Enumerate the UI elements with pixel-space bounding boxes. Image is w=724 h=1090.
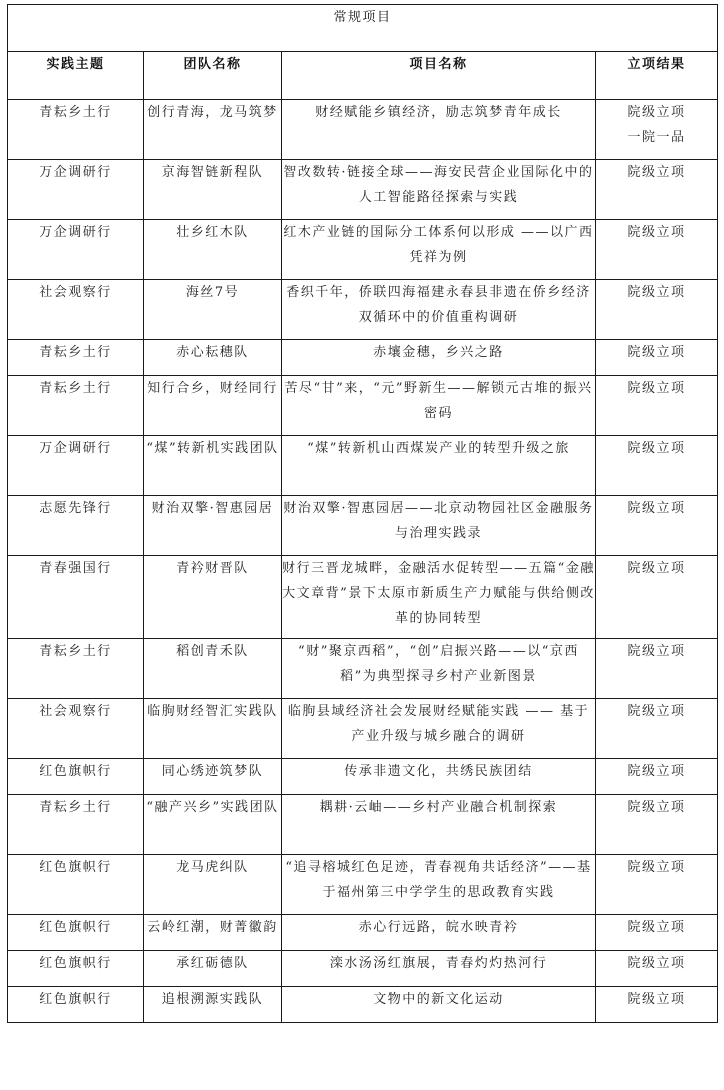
table-row: 青春强国行青衿财晋队财行三晋龙城畔，金融活水促转型——五篇“金融大文章背”景下太… <box>8 556 718 639</box>
project-cell-text: 赤壤金穗，乡兴之路 <box>373 345 504 360</box>
result-cell-text: 院级立项 <box>628 225 686 240</box>
team-cell: “煤”转新机实践团队 <box>144 436 282 496</box>
table-row: 青耘乡土行稻创青禾队“财”聚京西稻”，“创”启振兴路——以“京西稻”为典型探寻乡… <box>8 639 718 699</box>
team-cell-text: 青衿财晋队 <box>176 561 249 576</box>
team-cell: 云岭红潮，财菁徽韵 <box>144 915 282 951</box>
theme-cell-text: 青耘乡土行 <box>39 800 112 815</box>
result-cell-text: 院级立项 <box>628 285 686 300</box>
result-cell: 院级立项 <box>596 280 718 340</box>
team-cell: 财治双擎·智惠园居 <box>144 496 282 556</box>
table-row: 万企调研行京海智链新程队智改数转·链接全球——海安民营企业国际化中的人工智能路径… <box>8 160 718 220</box>
result-cell: 院级立项 <box>596 436 718 496</box>
theme-cell-text: 红色旗帜行 <box>39 992 112 1007</box>
table-row: 万企调研行“煤”转新机实践团队“煤”转新机山西煤炭产业的转型升级之旅院级立项 <box>8 436 718 496</box>
result-cell: 院级立项 <box>596 699 718 759</box>
team-cell-text: 创行青海，龙马筑梦 <box>147 105 278 120</box>
result-cell: 院级立项 <box>596 915 718 951</box>
project-cell: 赤心行远路，皖水映青衿 <box>282 915 596 951</box>
table-row: 红色旗帜行承红砺德队滦水汤汤红旗展，青春灼灼热河行院级立项 <box>8 951 718 987</box>
team-cell-text: 同心绣迹筑梦队 <box>162 764 264 779</box>
team-cell: 追根溯源实践队 <box>144 987 282 1023</box>
table-row: 青耘乡土行创行青海，龙马筑梦财经赋能乡镇经济，励志筑梦青年成长院级立项一院一品 <box>8 100 718 160</box>
project-cell: 财行三晋龙城畔，金融活水促转型——五篇“金融大文章背”景下太原市新质生产力赋能与… <box>282 556 596 639</box>
project-cell: 临朐县域经济社会发展财经赋能实践 —— 基于产业升级与城乡融合的调研 <box>282 699 596 759</box>
team-cell-text: 赤心耘穗队 <box>176 345 249 360</box>
team-cell: 承红砺德队 <box>144 951 282 987</box>
team-cell-text: 知行合乡，财经同行 <box>147 381 278 396</box>
theme-cell: 青耘乡土行 <box>8 100 144 160</box>
team-cell-text: 龙马虎纠队 <box>176 860 249 875</box>
team-cell-text: 财治双擎·智惠园居 <box>152 501 274 516</box>
project-cell: “追寻榕城红色足迹，青春视角共话经济”——基于福州第三中学学生的思政教育实践 <box>282 855 596 915</box>
project-cell: 耦耕·云岫——乡村产业融合机制探索 <box>282 795 596 855</box>
team-cell-text: 壮乡红木队 <box>176 225 249 240</box>
result-cell: 院级立项 <box>596 795 718 855</box>
theme-cell-text: 志愿先锋行 <box>39 501 112 516</box>
theme-cell-text: 万企调研行 <box>39 441 112 456</box>
result-cell: 院级立项 <box>596 951 718 987</box>
project-cell-text: 传承非遗文化，共绣民族团结 <box>344 764 533 779</box>
team-cell: 创行青海，龙马筑梦 <box>144 100 282 160</box>
header-result: 立项结果 <box>596 52 718 100</box>
result-cell-text: 院级立项 <box>628 704 686 719</box>
theme-cell-text: 青耘乡土行 <box>39 644 112 659</box>
project-cell-text: “煤”转新机山西煤炭产业的转型升级之旅 <box>307 441 570 456</box>
theme-cell: 青耘乡土行 <box>8 340 144 376</box>
project-cell: 传承非遗文化，共绣民族团结 <box>282 759 596 795</box>
theme-cell: 万企调研行 <box>8 436 144 496</box>
team-cell-text: “融产兴乡”实践团队 <box>146 800 278 815</box>
theme-cell-text: 青春强国行 <box>39 561 112 576</box>
theme-cell-text: 红色旗帜行 <box>39 860 112 875</box>
result-cell-text: 院级立项 <box>628 345 686 360</box>
theme-cell-text: 万企调研行 <box>39 165 112 180</box>
team-cell: 临朐财经智汇实践队 <box>144 699 282 759</box>
table-row: 红色旗帜行云岭红潮，财菁徽韵赤心行远路，皖水映青衿院级立项 <box>8 915 718 951</box>
table-row: 红色旗帜行同心绣迹筑梦队传承非遗文化，共绣民族团结院级立项 <box>8 759 718 795</box>
table-row: 红色旗帜行龙马虎纠队“追寻榕城红色足迹，青春视角共话经济”——基于福州第三中学学… <box>8 855 718 915</box>
project-cell-text: “财”聚京西稻”，“创”启振兴路——以“京西稻”为典型探寻乡村产业新图景 <box>298 644 579 684</box>
theme-cell-text: 青耘乡土行 <box>39 105 112 120</box>
team-cell-text: 承红砺德队 <box>176 956 249 971</box>
theme-cell-text: 青耘乡土行 <box>39 345 112 360</box>
team-cell: 海丝7号 <box>144 280 282 340</box>
project-cell: 财经赋能乡镇经济，励志筑梦青年成长 <box>282 100 596 160</box>
result-cell-text: 院级立项 <box>628 105 686 120</box>
result-cell-text: 院级立项 <box>628 764 686 779</box>
result-cell: 院级立项 <box>596 556 718 639</box>
result-cell-text: 院级立项 <box>628 860 686 875</box>
project-cell: 香织千年，侨联四海福建永春县非遗在侨乡经济双循环中的价值重构调研 <box>282 280 596 340</box>
theme-cell-text: 红色旗帜行 <box>39 764 112 779</box>
team-cell: 青衿财晋队 <box>144 556 282 639</box>
theme-cell: 红色旗帜行 <box>8 951 144 987</box>
team-cell-text: 追根溯源实践队 <box>162 992 264 1007</box>
theme-cell-text: 社会观察行 <box>39 285 112 300</box>
table-row: 红色旗帜行追根溯源实践队文物中的新文化运动院级立项 <box>8 987 718 1023</box>
theme-cell: 红色旗帜行 <box>8 915 144 951</box>
result-cell: 院级立项 <box>596 160 718 220</box>
team-cell-text: 临朐财经智汇实践队 <box>147 704 278 719</box>
header-project: 项目名称 <box>282 52 596 100</box>
theme-cell: 社会观察行 <box>8 280 144 340</box>
header-theme: 实践主题 <box>8 52 144 100</box>
theme-cell: 红色旗帜行 <box>8 759 144 795</box>
team-cell: 龙马虎纠队 <box>144 855 282 915</box>
project-cell-text: 耦耕·云岫——乡村产业融合机制探索 <box>320 800 558 815</box>
project-cell: 文物中的新文化运动 <box>282 987 596 1023</box>
project-cell-text: 滦水汤汤红旗展，青春灼灼热河行 <box>330 956 548 971</box>
theme-cell: 青春强国行 <box>8 556 144 639</box>
theme-cell: 红色旗帜行 <box>8 855 144 915</box>
project-cell-text: 财经赋能乡镇经济，励志筑梦青年成长 <box>315 105 562 120</box>
project-cell-text: 红木产业链的国际分工体系何以形成 ——以广西凭祥为例 <box>283 225 593 265</box>
table-row: 社会观察行海丝7号香织千年，侨联四海福建永春县非遗在侨乡经济双循环中的价值重构调… <box>8 280 718 340</box>
theme-cell-text: 红色旗帜行 <box>39 920 112 935</box>
project-cell: 红木产业链的国际分工体系何以形成 ——以广西凭祥为例 <box>282 220 596 280</box>
result-cell: 院级立项 <box>596 496 718 556</box>
result-cell-text: 院级立项 <box>628 561 686 576</box>
result-cell-text: 院级立项 <box>628 800 686 815</box>
result-cell: 院级立项 <box>596 376 718 436</box>
team-cell: 壮乡红木队 <box>144 220 282 280</box>
theme-cell-text: 青耘乡土行 <box>39 381 112 396</box>
projects-table: 常规项目 实践主题 团队名称 项目名称 立项结果 青耘乡土行创行青海，龙马筑梦财… <box>7 4 718 1023</box>
project-cell: 财治双擎·智惠园居——北京动物园社区金融服务与治理实践录 <box>282 496 596 556</box>
result-cell-text: 院级立项 <box>628 381 686 396</box>
result-cell-text: 院级立项 <box>628 441 686 456</box>
project-cell-text: “追寻榕城红色足迹，青春视角共话经济”——基于福州第三中学学生的思政教育实践 <box>285 860 591 900</box>
table-row: 志愿先锋行财治双擎·智惠园居财治双擎·智惠园居——北京动物园社区金融服务与治理实… <box>8 496 718 556</box>
theme-cell: 志愿先锋行 <box>8 496 144 556</box>
theme-cell-text: 红色旗帜行 <box>39 956 112 971</box>
team-cell: 同心绣迹筑梦队 <box>144 759 282 795</box>
project-cell-text: 智改数转·链接全球——海安民营企业国际化中的人工智能路径探索与实践 <box>283 165 593 205</box>
result-cell: 院级立项 <box>596 759 718 795</box>
project-cell: “财”聚京西稻”，“创”启振兴路——以“京西稻”为典型探寻乡村产业新图景 <box>282 639 596 699</box>
project-cell-text: 临朐县域经济社会发展财经赋能实践 —— 基于产业升级与城乡融合的调研 <box>288 704 589 744</box>
theme-cell: 青耘乡土行 <box>8 639 144 699</box>
table-row: 青耘乡土行“融产兴乡”实践团队耦耕·云岫——乡村产业融合机制探索院级立项 <box>8 795 718 855</box>
table-row: 万企调研行壮乡红木队红木产业链的国际分工体系何以形成 ——以广西凭祥为例院级立项 <box>8 220 718 280</box>
project-cell: 苦尽“甘”来，“元”野新生——解锁元古堆的振兴密码 <box>282 376 596 436</box>
title-row: 常规项目 <box>8 5 718 52</box>
result-cell-text: 院级立项 <box>628 644 686 659</box>
result-cell: 院级立项 <box>596 220 718 280</box>
theme-cell: 青耘乡土行 <box>8 795 144 855</box>
team-cell: 赤心耘穗队 <box>144 340 282 376</box>
team-cell-text: 云岭红潮，财菁徽韵 <box>147 920 278 935</box>
project-cell: 赤壤金穗，乡兴之路 <box>282 340 596 376</box>
table-row: 青耘乡土行赤心耘穗队赤壤金穗，乡兴之路院级立项 <box>8 340 718 376</box>
result-cell-text: 院级立项 <box>628 992 686 1007</box>
project-cell-text: 香织千年，侨联四海福建永春县非遗在侨乡经济双循环中的价值重构调研 <box>286 285 591 325</box>
theme-cell: 红色旗帜行 <box>8 987 144 1023</box>
theme-cell-text: 社会观察行 <box>39 704 112 719</box>
project-cell: 滦水汤汤红旗展，青春灼灼热河行 <box>282 951 596 987</box>
team-cell-text: 稻创青禾队 <box>176 644 249 659</box>
project-cell: “煤”转新机山西煤炭产业的转型升级之旅 <box>282 436 596 496</box>
team-cell: 知行合乡，财经同行 <box>144 376 282 436</box>
table-row: 社会观察行临朐财经智汇实践队临朐县域经济社会发展财经赋能实践 —— 基于产业升级… <box>8 699 718 759</box>
result-cell-text: 院级立项 <box>628 920 686 935</box>
result-cell-text: 院级立项 <box>628 956 686 971</box>
header-row: 实践主题 团队名称 项目名称 立项结果 <box>8 52 718 100</box>
team-cell-text: “煤”转新机实践团队 <box>146 441 278 456</box>
project-cell-text: 赤心行远路，皖水映青衿 <box>359 920 519 935</box>
header-team: 团队名称 <box>144 52 282 100</box>
result-cell: 院级立项 <box>596 340 718 376</box>
project-cell-text: 财治双擎·智惠园居——北京动物园社区金融服务与治理实践录 <box>283 501 593 541</box>
table-row: 青耘乡土行知行合乡，财经同行苦尽“甘”来，“元”野新生——解锁元古堆的振兴密码院… <box>8 376 718 436</box>
project-cell: 智改数转·链接全球——海安民营企业国际化中的人工智能路径探索与实践 <box>282 160 596 220</box>
result-extra-text: 一院一品 <box>628 130 686 145</box>
result-cell-text: 院级立项 <box>628 501 686 516</box>
theme-cell: 社会观察行 <box>8 699 144 759</box>
table-title: 常规项目 <box>8 5 718 52</box>
team-cell-text: 海丝7号 <box>186 285 239 300</box>
team-cell-text: 京海智链新程队 <box>162 165 264 180</box>
project-cell-text: 苦尽“甘”来，“元”野新生——解锁元古堆的振兴密码 <box>284 381 592 421</box>
theme-cell: 万企调研行 <box>8 160 144 220</box>
team-cell: “融产兴乡”实践团队 <box>144 795 282 855</box>
team-cell: 京海智链新程队 <box>144 160 282 220</box>
team-cell: 稻创青禾队 <box>144 639 282 699</box>
project-cell-text: 财行三晋龙城畔，金融活水促转型——五篇“金融大文章背”景下太原市新质生产力赋能与… <box>282 561 595 626</box>
result-cell: 院级立项 <box>596 855 718 915</box>
theme-cell: 青耘乡土行 <box>8 376 144 436</box>
result-cell-text: 院级立项 <box>628 165 686 180</box>
theme-cell: 万企调研行 <box>8 220 144 280</box>
theme-cell-text: 万企调研行 <box>39 225 112 240</box>
project-cell-text: 文物中的新文化运动 <box>373 992 504 1007</box>
result-cell: 院级立项 <box>596 987 718 1023</box>
result-cell: 院级立项一院一品 <box>596 100 718 160</box>
result-cell: 院级立项 <box>596 639 718 699</box>
